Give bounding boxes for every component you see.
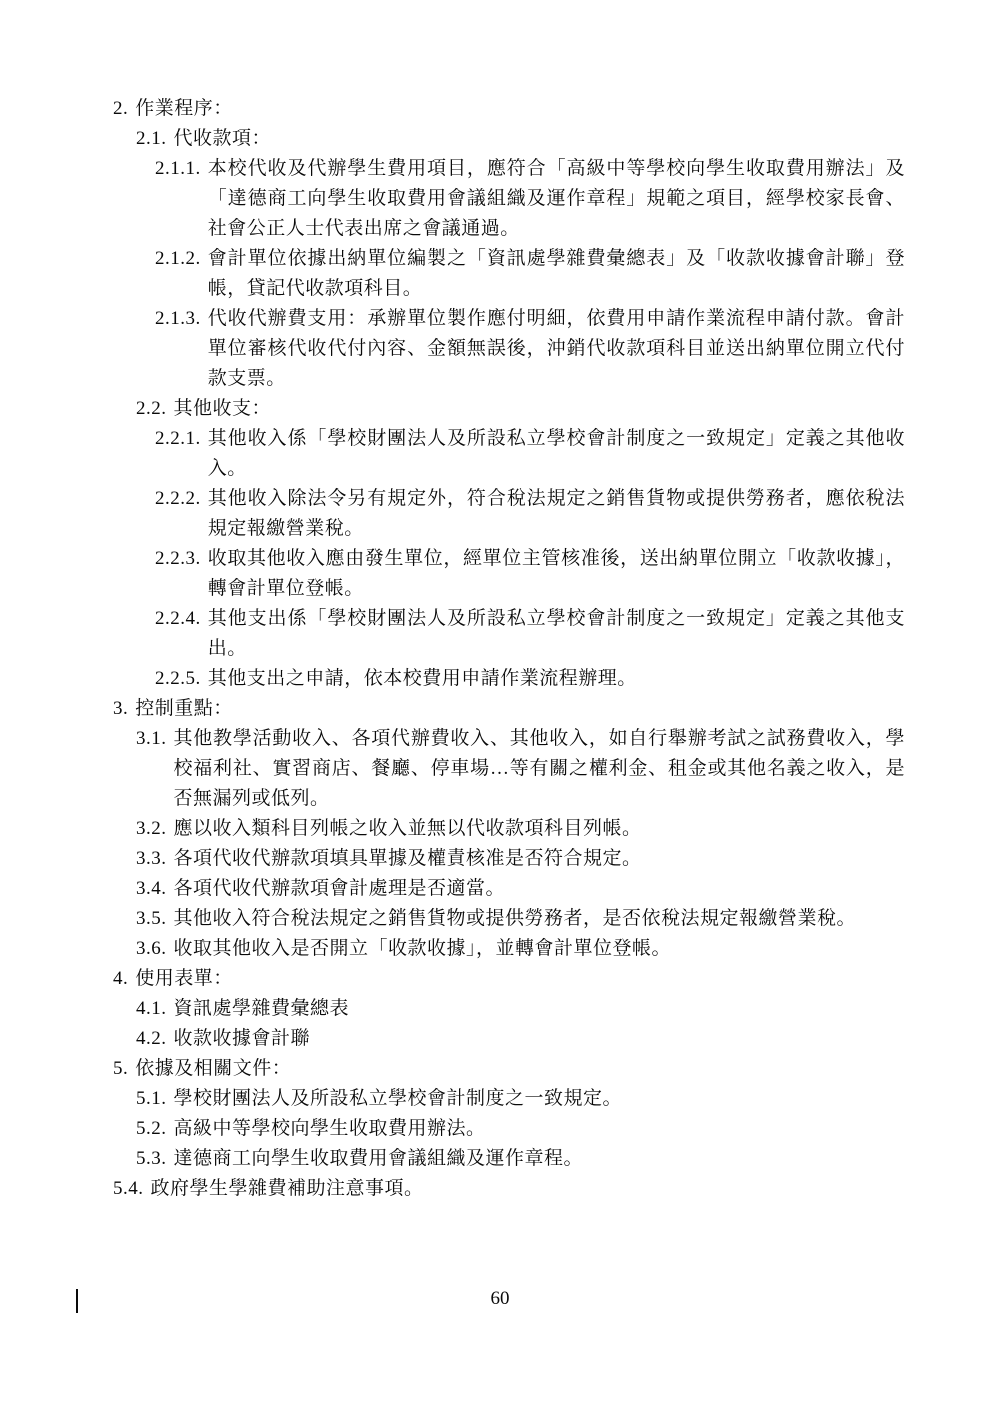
item-2-1-3: 2.1.3. 代收代辦費支用：承辦單位製作應付明細，依費用申請作業流程申請付款。… [155, 304, 905, 394]
item-text: 達德商工向學生收取費用會議組織及運作章程。 [174, 1144, 906, 1174]
item-2-2-4: 2.2.4. 其他支出係「學校財團法人及所設私立學校會計制度之一致規定」定義之其… [155, 604, 905, 664]
item-number: 3.6. [136, 934, 174, 964]
item-text: 依據及相關文件： [135, 1054, 905, 1084]
item-text: 應以收入類科目列帳之收入並無以代收款項科目列帳。 [174, 814, 906, 844]
item-text: 本校代收及代辦學生費用項目，應符合「高級中等學校向學生收取費用辦法」及「達德商工… [208, 154, 905, 244]
item-text: 代收代辦費支用：承辦單位製作應付明細，依費用申請作業流程申請付款。會計單位審核代… [208, 304, 905, 394]
item-number: 2.1.3. [155, 304, 208, 334]
item-number: 3. [113, 694, 135, 724]
item-number: 3.3. [136, 844, 174, 874]
item-number: 2.1.1. [155, 154, 208, 184]
item-5-2: 5.2. 高級中等學校向學生收取費用辦法。 [136, 1114, 905, 1144]
item-2-2-3: 2.2.3. 收取其他收入應由發生單位，經單位主管核准後，送出納單位開立「收款收… [155, 544, 905, 604]
item-text: 各項代收代辦款項會計處理是否適當。 [174, 874, 906, 904]
item-4: 4. 使用表單： [113, 964, 905, 994]
item-number: 2.2.5. [155, 664, 208, 694]
item-text: 其他收支： [174, 394, 906, 424]
item-text: 其他收入符合稅法規定之銷售貨物或提供勞務者，是否依稅法規定報繳營業稅。 [174, 904, 906, 934]
item-text: 代收款項： [174, 124, 906, 154]
item-number: 2.2.2. [155, 484, 208, 514]
item-number: 2.2. [136, 394, 174, 424]
item-3-3: 3.3. 各項代收代辦款項填具單據及權責核准是否符合規定。 [136, 844, 905, 874]
item-number: 2.2.3. [155, 544, 208, 574]
item-3-4: 3.4. 各項代收代辦款項會計處理是否適當。 [136, 874, 905, 904]
item-text: 其他收入係「學校財團法人及所設私立學校會計制度之一致規定」定義之其他收入。 [208, 424, 905, 484]
item-2-2: 2.2. 其他收支： [136, 394, 905, 424]
item-3: 3. 控制重點： [113, 694, 905, 724]
item-number: 5.4. [113, 1174, 151, 1204]
item-text: 其他教學活動收入、各項代辦費收入、其他收入，如自行舉辦考試之試務費收入，學校福利… [174, 724, 906, 814]
item-2-2-2: 2.2.2. 其他收入除法令另有規定外，符合稅法規定之銷售貨物或提供勞務者，應依… [155, 484, 905, 544]
page-number: 60 [0, 1286, 1000, 1312]
item-5-4: 5.4. 政府學生學雜費補助注意事項。 [113, 1174, 905, 1204]
item-2: 2. 作業程序： [113, 94, 905, 124]
item-3-2: 3.2. 應以收入類科目列帳之收入並無以代收款項科目列帳。 [136, 814, 905, 844]
item-text: 收款收據會計聯 [174, 1024, 906, 1054]
item-text: 各項代收代辦款項填具單據及權責核准是否符合規定。 [174, 844, 906, 874]
item-text: 會計單位依據出納單位編製之「資訊處學雜費彙總表」及「收款收據會計聯」登帳，貸記代… [208, 244, 905, 304]
item-text: 政府學生學雜費補助注意事項。 [151, 1174, 906, 1204]
item-number: 3.5. [136, 904, 174, 934]
item-number: 5.1. [136, 1084, 174, 1114]
item-text: 控制重點： [135, 694, 905, 724]
item-text: 收取其他收入是否開立「收款收據」，並轉會計單位登帳。 [174, 934, 906, 964]
item-number: 3.2. [136, 814, 174, 844]
item-5-1: 5.1. 學校財團法人及所設私立學校會計制度之一致規定。 [136, 1084, 905, 1114]
item-text: 高級中等學校向學生收取費用辦法。 [174, 1114, 906, 1144]
document-page: 2. 作業程序： 2.1. 代收款項： 2.1.1. 本校代收及代辦學生費用項目… [0, 0, 1000, 1415]
item-3-1: 3.1. 其他教學活動收入、各項代辦費收入、其他收入，如自行舉辦考試之試務費收入… [136, 724, 905, 814]
item-3-5: 3.5. 其他收入符合稅法規定之銷售貨物或提供勞務者，是否依稅法規定報繳營業稅。 [136, 904, 905, 934]
item-text: 使用表單： [135, 964, 905, 994]
item-number: 4. [113, 964, 135, 994]
item-text: 其他支出係「學校財團法人及所設私立學校會計制度之一致規定」定義之其他支出。 [208, 604, 905, 664]
item-number: 5.3. [136, 1144, 174, 1174]
item-5: 5. 依據及相關文件： [113, 1054, 905, 1084]
item-text: 作業程序： [135, 94, 905, 124]
item-5-3: 5.3. 達德商工向學生收取費用會議組織及運作章程。 [136, 1144, 905, 1174]
item-number: 3.1. [136, 724, 174, 754]
item-2-2-5: 2.2.5. 其他支出之申請，依本校費用申請作業流程辦理。 [155, 664, 905, 694]
item-2-1-2: 2.1.2. 會計單位依據出納單位編製之「資訊處學雜費彙總表」及「收款收據會計聯… [155, 244, 905, 304]
item-number: 5.2. [136, 1114, 174, 1144]
item-text: 學校財團法人及所設私立學校會計制度之一致規定。 [174, 1084, 906, 1114]
item-4-1: 4.1. 資訊處學雜費彙總表 [136, 994, 905, 1024]
item-number: 4.1. [136, 994, 174, 1024]
item-number: 2. [113, 94, 135, 124]
item-text: 資訊處學雜費彙總表 [174, 994, 906, 1024]
item-number: 4.2. [136, 1024, 174, 1054]
item-4-2: 4.2. 收款收據會計聯 [136, 1024, 905, 1054]
item-number: 5. [113, 1054, 135, 1084]
item-2-2-1: 2.2.1. 其他收入係「學校財團法人及所設私立學校會計制度之一致規定」定義之其… [155, 424, 905, 484]
item-3-6: 3.6. 收取其他收入是否開立「收款收據」，並轉會計單位登帳。 [136, 934, 905, 964]
item-number: 2.2.1. [155, 424, 208, 454]
item-2-1-1: 2.1.1. 本校代收及代辦學生費用項目，應符合「高級中等學校向學生收取費用辦法… [155, 154, 905, 244]
document-body: 2. 作業程序： 2.1. 代收款項： 2.1.1. 本校代收及代辦學生費用項目… [0, 94, 1000, 1204]
item-text: 收取其他收入應由發生單位，經單位主管核准後，送出納單位開立「收款收據」，轉會計單… [208, 544, 905, 604]
item-number: 2.1. [136, 124, 174, 154]
item-text: 其他收入除法令另有規定外，符合稅法規定之銷售貨物或提供勞務者，應依稅法規定報繳營… [208, 484, 905, 544]
item-number: 3.4. [136, 874, 174, 904]
item-number: 2.2.4. [155, 604, 208, 634]
item-text: 其他支出之申請，依本校費用申請作業流程辦理。 [208, 664, 905, 694]
item-2-1: 2.1. 代收款項： [136, 124, 905, 154]
item-number: 2.1.2. [155, 244, 208, 274]
